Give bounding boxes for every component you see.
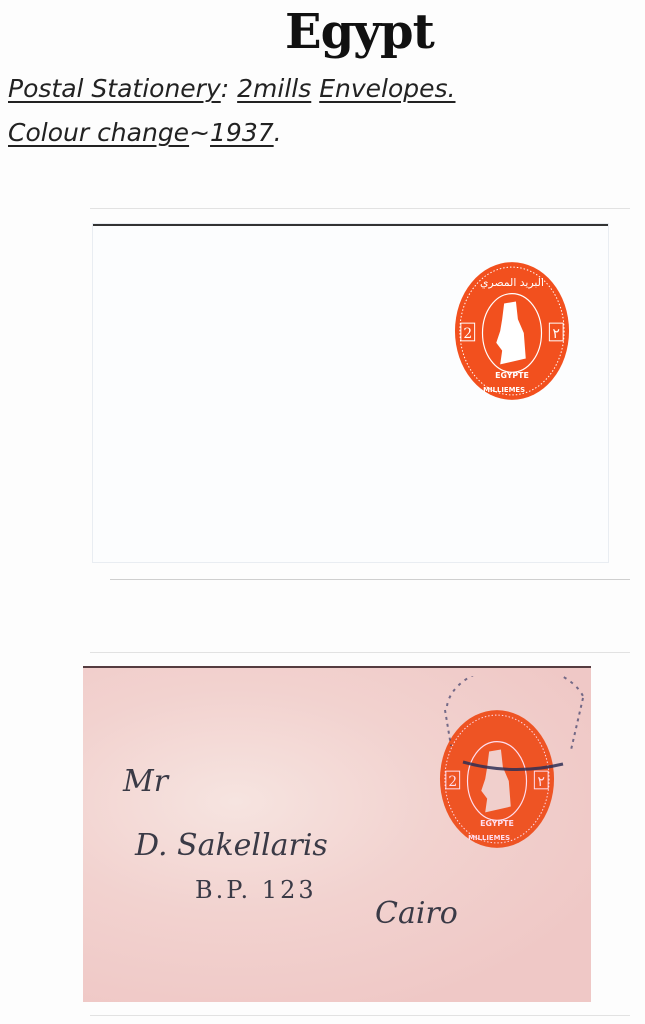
svg-text:EGYPTE: EGYPTE — [480, 819, 514, 828]
stamp-imprint: 2 ٢ البريد المصري EGYPTE MILLIEMES — [453, 260, 571, 402]
address-title: Mr — [123, 764, 168, 799]
svg-text:البريد المصري: البريد المصري — [480, 276, 544, 289]
subtitle-year: 1937 — [210, 118, 274, 147]
divider — [90, 208, 630, 209]
envelope-unused: 2 ٢ البريد المصري EGYPTE MILLIEMES — [93, 224, 608, 562]
envelope-used: 2 ٢ EGYPTE MILLIEMES Mr D. Sakellaris B.… — [83, 666, 591, 1002]
subtitle-colour-change: Colour change — [8, 118, 189, 147]
divider — [110, 579, 630, 580]
page-title: Egypt — [285, 4, 434, 60]
subtitle-envelopes: Envelopes. — [319, 74, 455, 103]
svg-text:EGYPTE: EGYPTE — [495, 371, 529, 380]
subtitle-postal-stationery: Postal Stationery — [8, 74, 221, 103]
address-city: Cairo — [375, 896, 458, 931]
divider — [90, 1015, 630, 1016]
subtitle-line-2: Colour change~1937. — [8, 118, 282, 147]
svg-text:٢: ٢ — [538, 774, 545, 790]
svg-text:MILLIEMES: MILLIEMES — [468, 834, 510, 842]
address-po-box: B.P. 123 — [195, 876, 317, 904]
svg-text:MILLIEMES: MILLIEMES — [483, 386, 525, 394]
subtitle-line-1: Postal Stationery: 2mills Envelopes. — [8, 74, 456, 103]
subtitle-value: 2mills — [237, 74, 311, 103]
svg-text:2: 2 — [448, 774, 457, 790]
svg-text:٢: ٢ — [553, 326, 560, 342]
divider — [90, 652, 630, 653]
address-name: D. Sakellaris — [135, 828, 328, 863]
stamp-king-fuad-icon: 2 ٢ البريد المصري EGYPTE MILLIEMES — [453, 260, 571, 402]
svg-text:2: 2 — [463, 326, 472, 342]
postmark-icon — [433, 676, 593, 776]
